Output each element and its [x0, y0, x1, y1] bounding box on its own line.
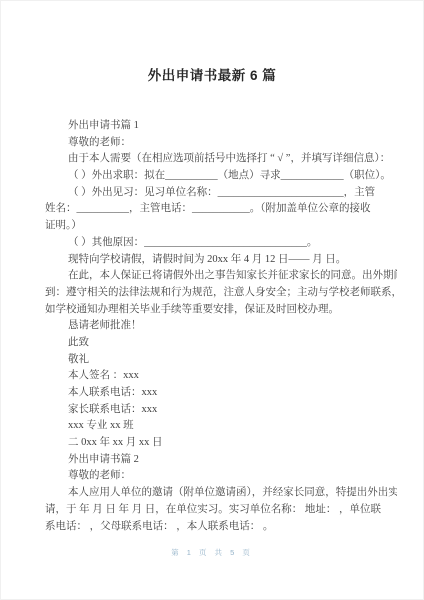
text-line: 尊敬的老师： [45, 468, 397, 485]
text-line: 到：遵守相关的法律法规和行为规范，注意人身安全；主动与学校老师联系， [45, 285, 397, 302]
text-line: xxx 专业 xx 班 [45, 418, 397, 435]
text-line: 外出申请书篇 1 [45, 118, 397, 135]
document-page: 外出申请书最新 6 篇 外出申请书篇 1尊敬的老师：由于本人需要（在相应选项前括… [0, 0, 424, 600]
text-line: （ ）外出求职：拟在__________（地点）寻求____________（职… [45, 168, 397, 185]
text-line: 恳请老师批准！ [45, 318, 397, 335]
text-line: 现特向学校请假，请假时间为 20xx 年 4 月 12 日—— 月 日。 [45, 252, 397, 269]
text-line: 本人签名 ：xxx [45, 368, 397, 385]
text-line: 尊敬的老师： [45, 135, 397, 152]
text-line: 二 0xx 年 xx 月 xx 日 [45, 435, 397, 452]
page-footer: 第 1 页 共 5 页 [1, 547, 423, 558]
text-line: 由于本人需要（在相应选项前括号中选择打 “ √ ”，并填写详细信息）： [45, 151, 397, 168]
text-line: （ ）外出见习：见习单位名称：________________________，… [45, 185, 397, 202]
text-line: 外出申请书篇 2 [45, 452, 397, 469]
text-line: 系电话： ，父母联系电话： ，本人联系电话： 。 [45, 519, 397, 536]
text-line: 本人应用人单位的邀请（附单位邀请函），并经家长同意，特提出外出实习申 [45, 485, 397, 502]
document-title: 外出申请书最新 6 篇 [1, 64, 423, 84]
text-line: 本人联系电话：xxx [45, 385, 397, 402]
text-line: 请，于 年 月 日 年 月 日，在单位实习。实习单位名称： 地址： ，单位联 [45, 502, 397, 519]
text-line: （ ）其他原因：_______________________________。 [45, 235, 397, 252]
text-line: 家长联系电话：xxx [45, 402, 397, 419]
text-line: 敬礼 [45, 352, 397, 369]
page-number: 第 1 页 共 5 页 [171, 548, 253, 557]
document-body: 外出申请书篇 1尊敬的老师：由于本人需要（在相应选项前括号中选择打 “ √ ”，… [45, 118, 397, 535]
text-line: 在此，本人保证已将请假外出之事告知家长并征求家长的同意。出外期间做 [45, 268, 397, 285]
text-line: 姓名：__________，主管电话：___________。（附加盖单位公章的… [45, 201, 397, 218]
text-line: 如学校通知办理相关毕业手续等重要安排，保证及时回校办理。 [45, 302, 397, 319]
text-line: 证明。） [45, 218, 397, 235]
text-line: 此致 [45, 335, 397, 352]
